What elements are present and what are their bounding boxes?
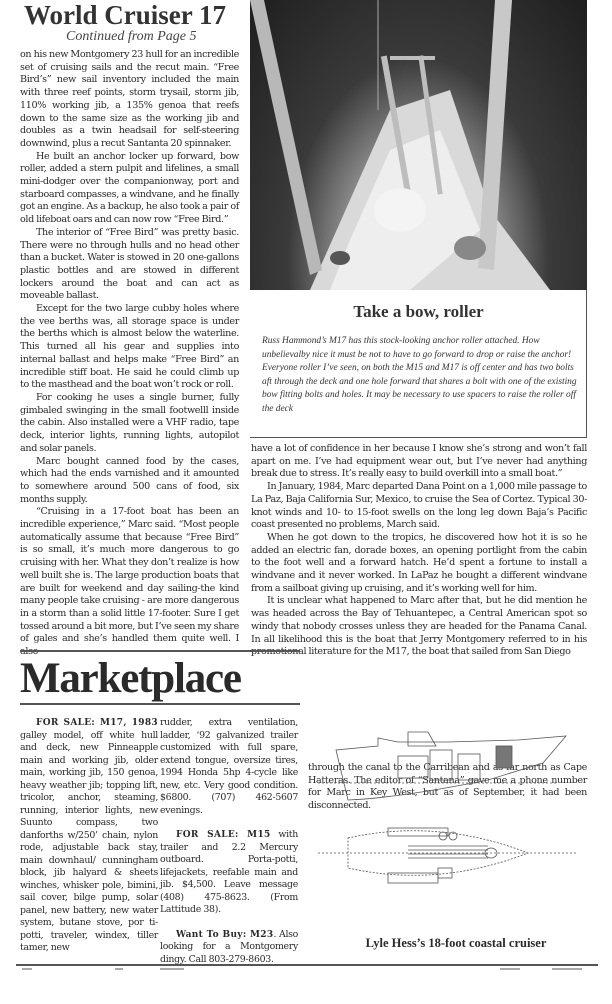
drawing-caption: Lyle Hess’s 18-foot coastal cruiser <box>300 936 612 951</box>
section-divider <box>20 650 300 652</box>
classified-ad: FOR SALE: M17, 1983 galley model, off wh… <box>20 717 158 955</box>
ad-text: galley model, off white hull and deck, n… <box>20 730 158 954</box>
classified-ad: FOR SALE: M15 with trailer and 2.2 Mercu… <box>160 829 298 917</box>
footer-mark <box>160 968 184 970</box>
ad-lead: FOR SALE: M17, 1983 <box>36 718 158 728</box>
paragraph: have a lot of confidence in her because … <box>251 443 587 481</box>
sailboat-profile-and-plan-icon <box>318 728 578 918</box>
photo-caption-title: Take a bow, roller <box>250 302 587 322</box>
continued-from-note: Continued from Page 5 <box>66 29 197 45</box>
photo-caption-text: Russ Hammond’s M17 has this stock-lookin… <box>262 335 584 417</box>
paragraph: In January, 1984, Marc departed Dana Poi… <box>251 481 587 532</box>
paragraph: For cooking he uses a single burner, ful… <box>20 392 239 456</box>
paragraph: When he got down to the tropics, he disc… <box>251 532 587 596</box>
paragraph: It is unclear what happened to Marc afte… <box>251 595 587 659</box>
boat-plan-drawing <box>318 728 578 918</box>
ad-lead: Want To Buy: M23 <box>176 930 273 940</box>
paragraph: He built an anchor locker up forward, bo… <box>20 151 239 227</box>
paragraph: Except for the two large cubby holes whe… <box>20 303 239 392</box>
marketplace-column-2: rudder, extra ventilation, ladder, ‘92 g… <box>160 717 298 978</box>
article-right-column: have a lot of confidence in her because … <box>251 443 587 659</box>
ad-text: with trailer and 2.2 Mercury outboard. P… <box>160 829 298 915</box>
ad-lead: FOR SALE: M15 <box>176 830 271 840</box>
article-left-column: on his new Montgomery 23 hull for an inc… <box>20 49 239 659</box>
paragraph: The interior of “Free Bird” was pretty b… <box>20 227 239 303</box>
footer-mark <box>115 968 123 970</box>
classified-ad: Want To Buy: M23. Also looking for a Mon… <box>160 929 298 967</box>
paragraph: “Cruising in a 17-foot boat has been an … <box>20 506 239 658</box>
article-headline: World Cruiser 17 <box>24 0 226 30</box>
paragraph: Marc bought canned food by the cases, wh… <box>20 456 239 507</box>
footer-mark <box>500 968 520 970</box>
bow-roller-photo <box>250 0 587 290</box>
footer-mark <box>22 968 32 970</box>
marketplace-title: Marketplace <box>20 657 241 701</box>
bow-photo-illustration <box>250 0 587 290</box>
section-divider <box>20 703 300 705</box>
footer-divider <box>16 964 598 966</box>
classified-ad-continued: rudder, extra ventilation, ladder, ‘92 g… <box>160 717 298 817</box>
footer-mark <box>552 968 582 970</box>
paragraph: on his new Montgomery 23 hull for an inc… <box>20 49 239 151</box>
marketplace-column-1: FOR SALE: M17, 1983 galley model, off wh… <box>20 717 158 967</box>
